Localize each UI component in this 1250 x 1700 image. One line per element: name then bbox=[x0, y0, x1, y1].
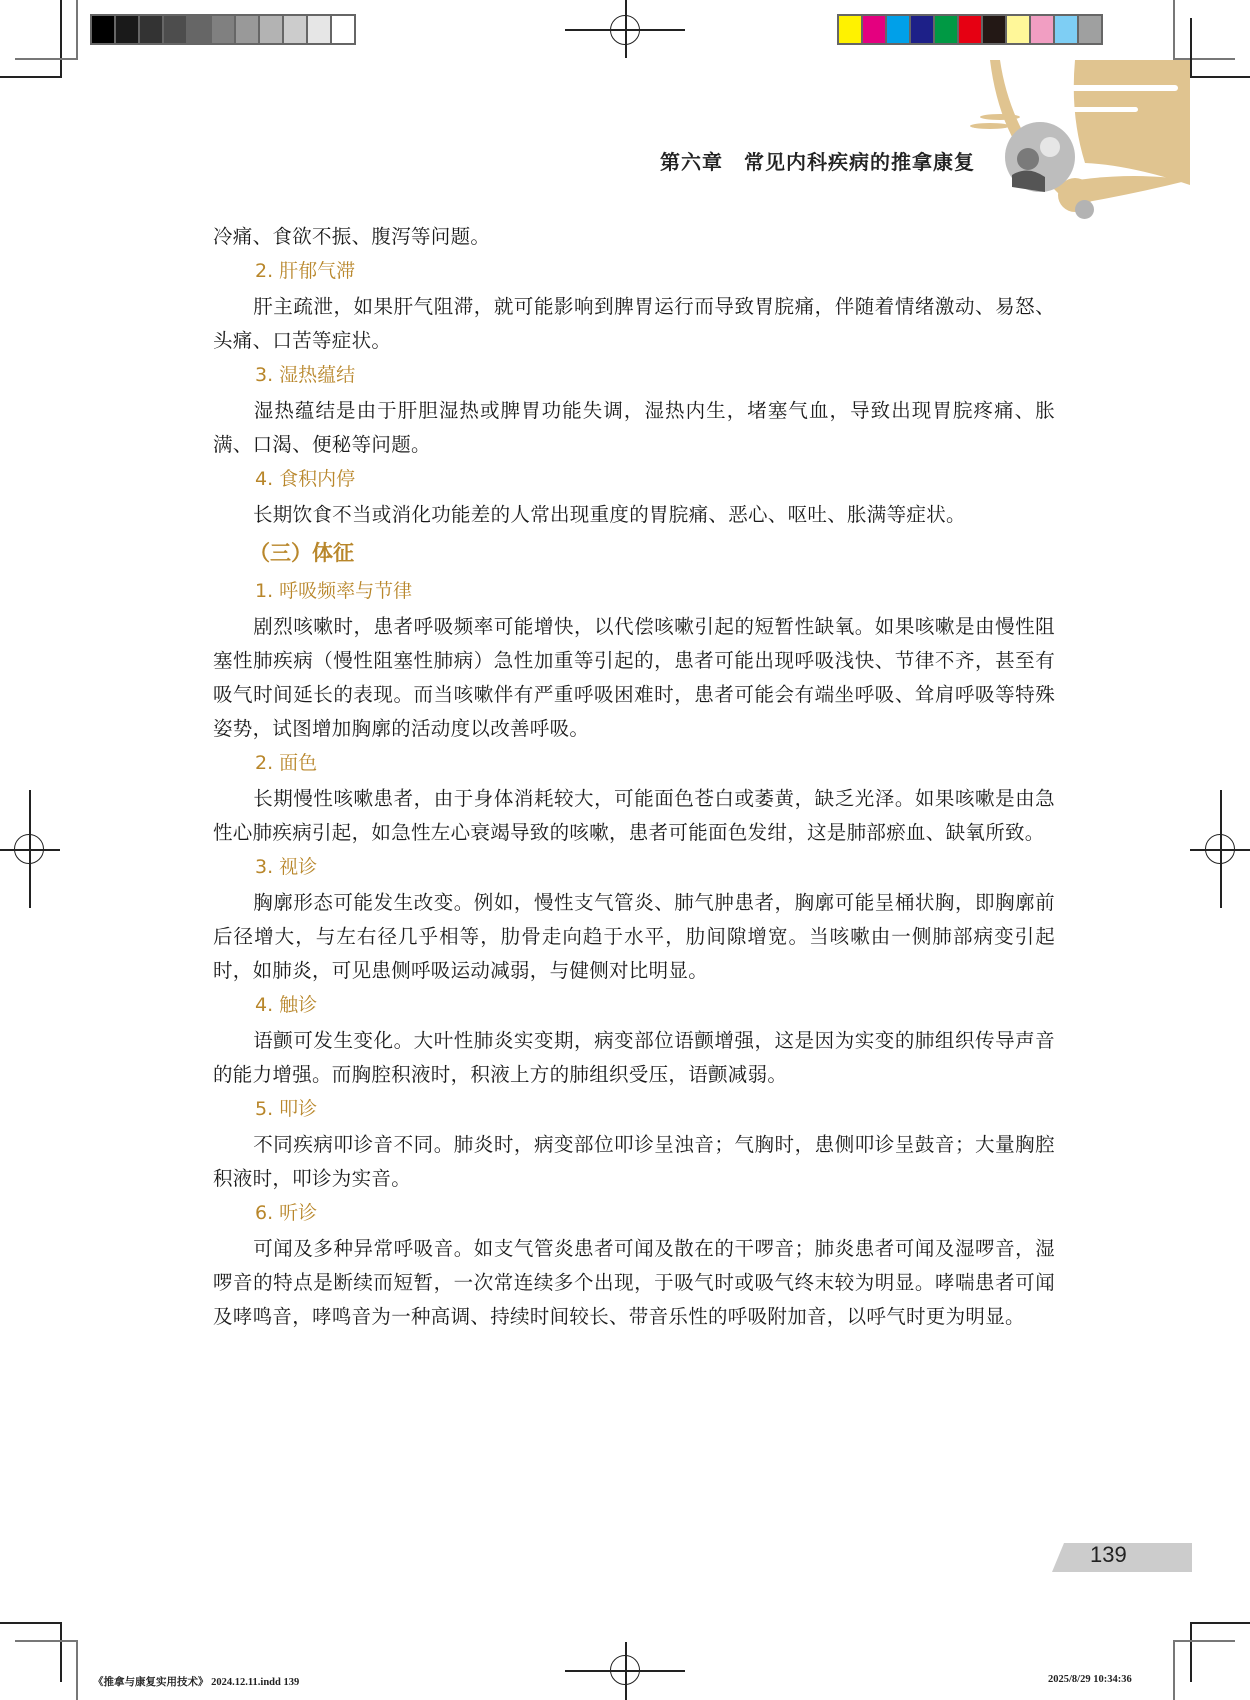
color-swatch bbox=[887, 16, 909, 43]
decoration-dot bbox=[1075, 200, 1094, 219]
gray-swatch bbox=[284, 16, 306, 43]
main-content: 冷痛、食欲不振、腹泻等问题。 2. 肝郁气滞 肝主疏泄，如果肝气阻滞，就可能影响… bbox=[213, 220, 1055, 1334]
paragraph-text: 可闻及多种异常呼吸音。如支气管炎患者可闻及散在的干啰音；肺炎患者可闻及湿啰音，湿… bbox=[213, 1237, 1055, 1328]
subheading-auscultation: 6. 听诊 bbox=[255, 1196, 1055, 1231]
paragraph: 湿热蕴结是由于肝胆湿热或脾胃功能失调，湿热内生，堵塞气血，导致出现胃脘疼痛、胀满… bbox=[213, 394, 1055, 462]
bleed-mark bbox=[1173, 1640, 1235, 1642]
paragraph: 可闻及多种异常呼吸音。如支气管炎患者可闻及散在的干啰音；肺炎患者可闻及湿啰音，湿… bbox=[213, 1232, 1055, 1334]
subheading-inspection: 3. 视诊 bbox=[255, 850, 1055, 885]
gray-swatch bbox=[212, 16, 234, 43]
gray-swatch bbox=[140, 16, 162, 43]
paragraph: 长期慢性咳嗽患者，由于身体消耗较大，可能面色苍白或萎黄，缺乏光泽。如果咳嗽是由急… bbox=[213, 782, 1055, 850]
bleed-mark bbox=[1173, 0, 1175, 60]
gray-swatch bbox=[164, 16, 186, 43]
chapter-header-title: 第六章 常见内科疾病的推拿康复 bbox=[660, 146, 975, 175]
crop-mark bbox=[1190, 1622, 1250, 1624]
crop-mark bbox=[0, 76, 60, 78]
subheading-damp-heat: 3. 湿热蕴结 bbox=[255, 358, 1055, 393]
color-swatch bbox=[1055, 16, 1077, 43]
color-swatch bbox=[1031, 16, 1053, 43]
paragraph: 不同疾病叩诊音不同。肺炎时，病变部位叩诊呈浊音；气胸时，患侧叩诊呈鼓音；大量胸腔… bbox=[213, 1128, 1055, 1196]
color-swatch bbox=[983, 16, 1005, 43]
color-swatch bbox=[1007, 16, 1029, 43]
paragraph-text: 语颤可发生变化。大叶性肺炎实变期，病变部位语颤增强，这是因为实变的肺组织传导声音… bbox=[213, 1029, 1055, 1086]
color-swatch bbox=[839, 16, 861, 43]
paragraph: 肝主疏泄，如果肝气阻滞，就可能影响到脾胃运行而导致胃脘痛，伴随着情绪激动、易怒、… bbox=[213, 290, 1055, 358]
print-timestamp: 2025/8/29 10:34:36 bbox=[1048, 1674, 1132, 1685]
bleed-mark bbox=[76, 0, 78, 60]
gray-swatch bbox=[92, 16, 114, 43]
color-swatch bbox=[911, 16, 933, 43]
crop-mark bbox=[60, 1622, 62, 1682]
paragraph-text: 剧烈咳嗽时，患者呼吸频率可能增快，以代偿咳嗽引起的短暂性缺氧。如果咳嗽是由慢性阻… bbox=[213, 615, 1055, 740]
paragraph: 胸廓形态可能发生改变。例如，慢性支气管炎、肺气肿患者，胸廓可能呈桶状胸，即胸廓前… bbox=[213, 886, 1055, 988]
crop-mark bbox=[0, 1622, 60, 1624]
paragraph-continued: 冷痛、食欲不振、腹泻等问题。 bbox=[213, 220, 1055, 254]
section-heading-signs: （三）体征 bbox=[249, 532, 1055, 574]
gray-swatch bbox=[116, 16, 138, 43]
color-swatch bbox=[935, 16, 957, 43]
subheading-liver-qi: 2. 肝郁气滞 bbox=[255, 254, 1055, 289]
subheading-percussion: 5. 叩诊 bbox=[255, 1092, 1055, 1127]
bleed-mark bbox=[15, 58, 77, 60]
gray-swatch bbox=[332, 16, 354, 43]
subheading-palpation: 4. 触诊 bbox=[255, 988, 1055, 1023]
file-slug: 《推拿与康复实用技术》 2024.12.11.indd 139 bbox=[93, 1674, 299, 1689]
subheading-food-stagnation: 4. 食积内停 bbox=[255, 462, 1055, 497]
paragraph: 长期饮食不当或消化功能差的人常出现重度的胃脘痛、恶心、呕吐、胀满等症状。 bbox=[213, 498, 1055, 532]
subheading-complexion: 2. 面色 bbox=[255, 746, 1055, 781]
gray-swatch bbox=[188, 16, 210, 43]
color-calibration-strip bbox=[837, 14, 1103, 45]
color-swatch bbox=[959, 16, 981, 43]
paragraph-text: 不同疾病叩诊音不同。肺炎时，病变部位叩诊呈浊音；气胸时，患侧叩诊呈鼓音；大量胸腔… bbox=[213, 1133, 1055, 1190]
color-swatch bbox=[863, 16, 885, 43]
paragraph-text: 胸廓形态可能发生改变。例如，慢性支气管炎、肺气肿患者，胸廓可能呈桶状胸，即胸廓前… bbox=[213, 891, 1055, 982]
crop-mark bbox=[60, 0, 62, 78]
gray-swatch bbox=[308, 16, 330, 43]
paragraph: 语颤可发生变化。大叶性肺炎实变期，病变部位语颤增强，这是因为实变的肺组织传导声音… bbox=[213, 1024, 1055, 1092]
bleed-mark bbox=[1173, 1640, 1175, 1700]
chapter-decoration-graphic bbox=[900, 55, 1200, 225]
paragraph-text: 长期饮食不当或消化功能差的人常出现重度的胃脘痛、恶心、呕吐、胀满等症状。 bbox=[253, 503, 966, 526]
crop-mark bbox=[1190, 1622, 1192, 1682]
color-swatch bbox=[1079, 16, 1101, 43]
grayscale-calibration-strip bbox=[90, 14, 356, 45]
paragraph-text: 湿热蕴结是由于肝胆湿热或脾胃功能失调，湿热内生，堵塞气血，导致出现胃脘疼痛、胀满… bbox=[213, 399, 1055, 456]
bleed-mark bbox=[76, 1640, 78, 1700]
paragraph: 剧烈咳嗽时，患者呼吸频率可能增快，以代偿咳嗽引起的短暂性缺氧。如果咳嗽是由慢性阻… bbox=[213, 610, 1055, 746]
subheading-respiration: 1. 呼吸频率与节律 bbox=[255, 574, 1055, 609]
page-number: 139 bbox=[1090, 1542, 1127, 1568]
paragraph-text: 长期慢性咳嗽患者，由于身体消耗较大，可能面色苍白或萎黄，缺乏光泽。如果咳嗽是由急… bbox=[213, 787, 1055, 844]
gray-swatch bbox=[236, 16, 258, 43]
bleed-mark bbox=[15, 1640, 77, 1642]
paragraph-text: 肝主疏泄，如果肝气阻滞，就可能影响到脾胃运行而导致胃脘痛，伴随着情绪激动、易怒、… bbox=[213, 295, 1055, 352]
gray-swatch bbox=[260, 16, 282, 43]
